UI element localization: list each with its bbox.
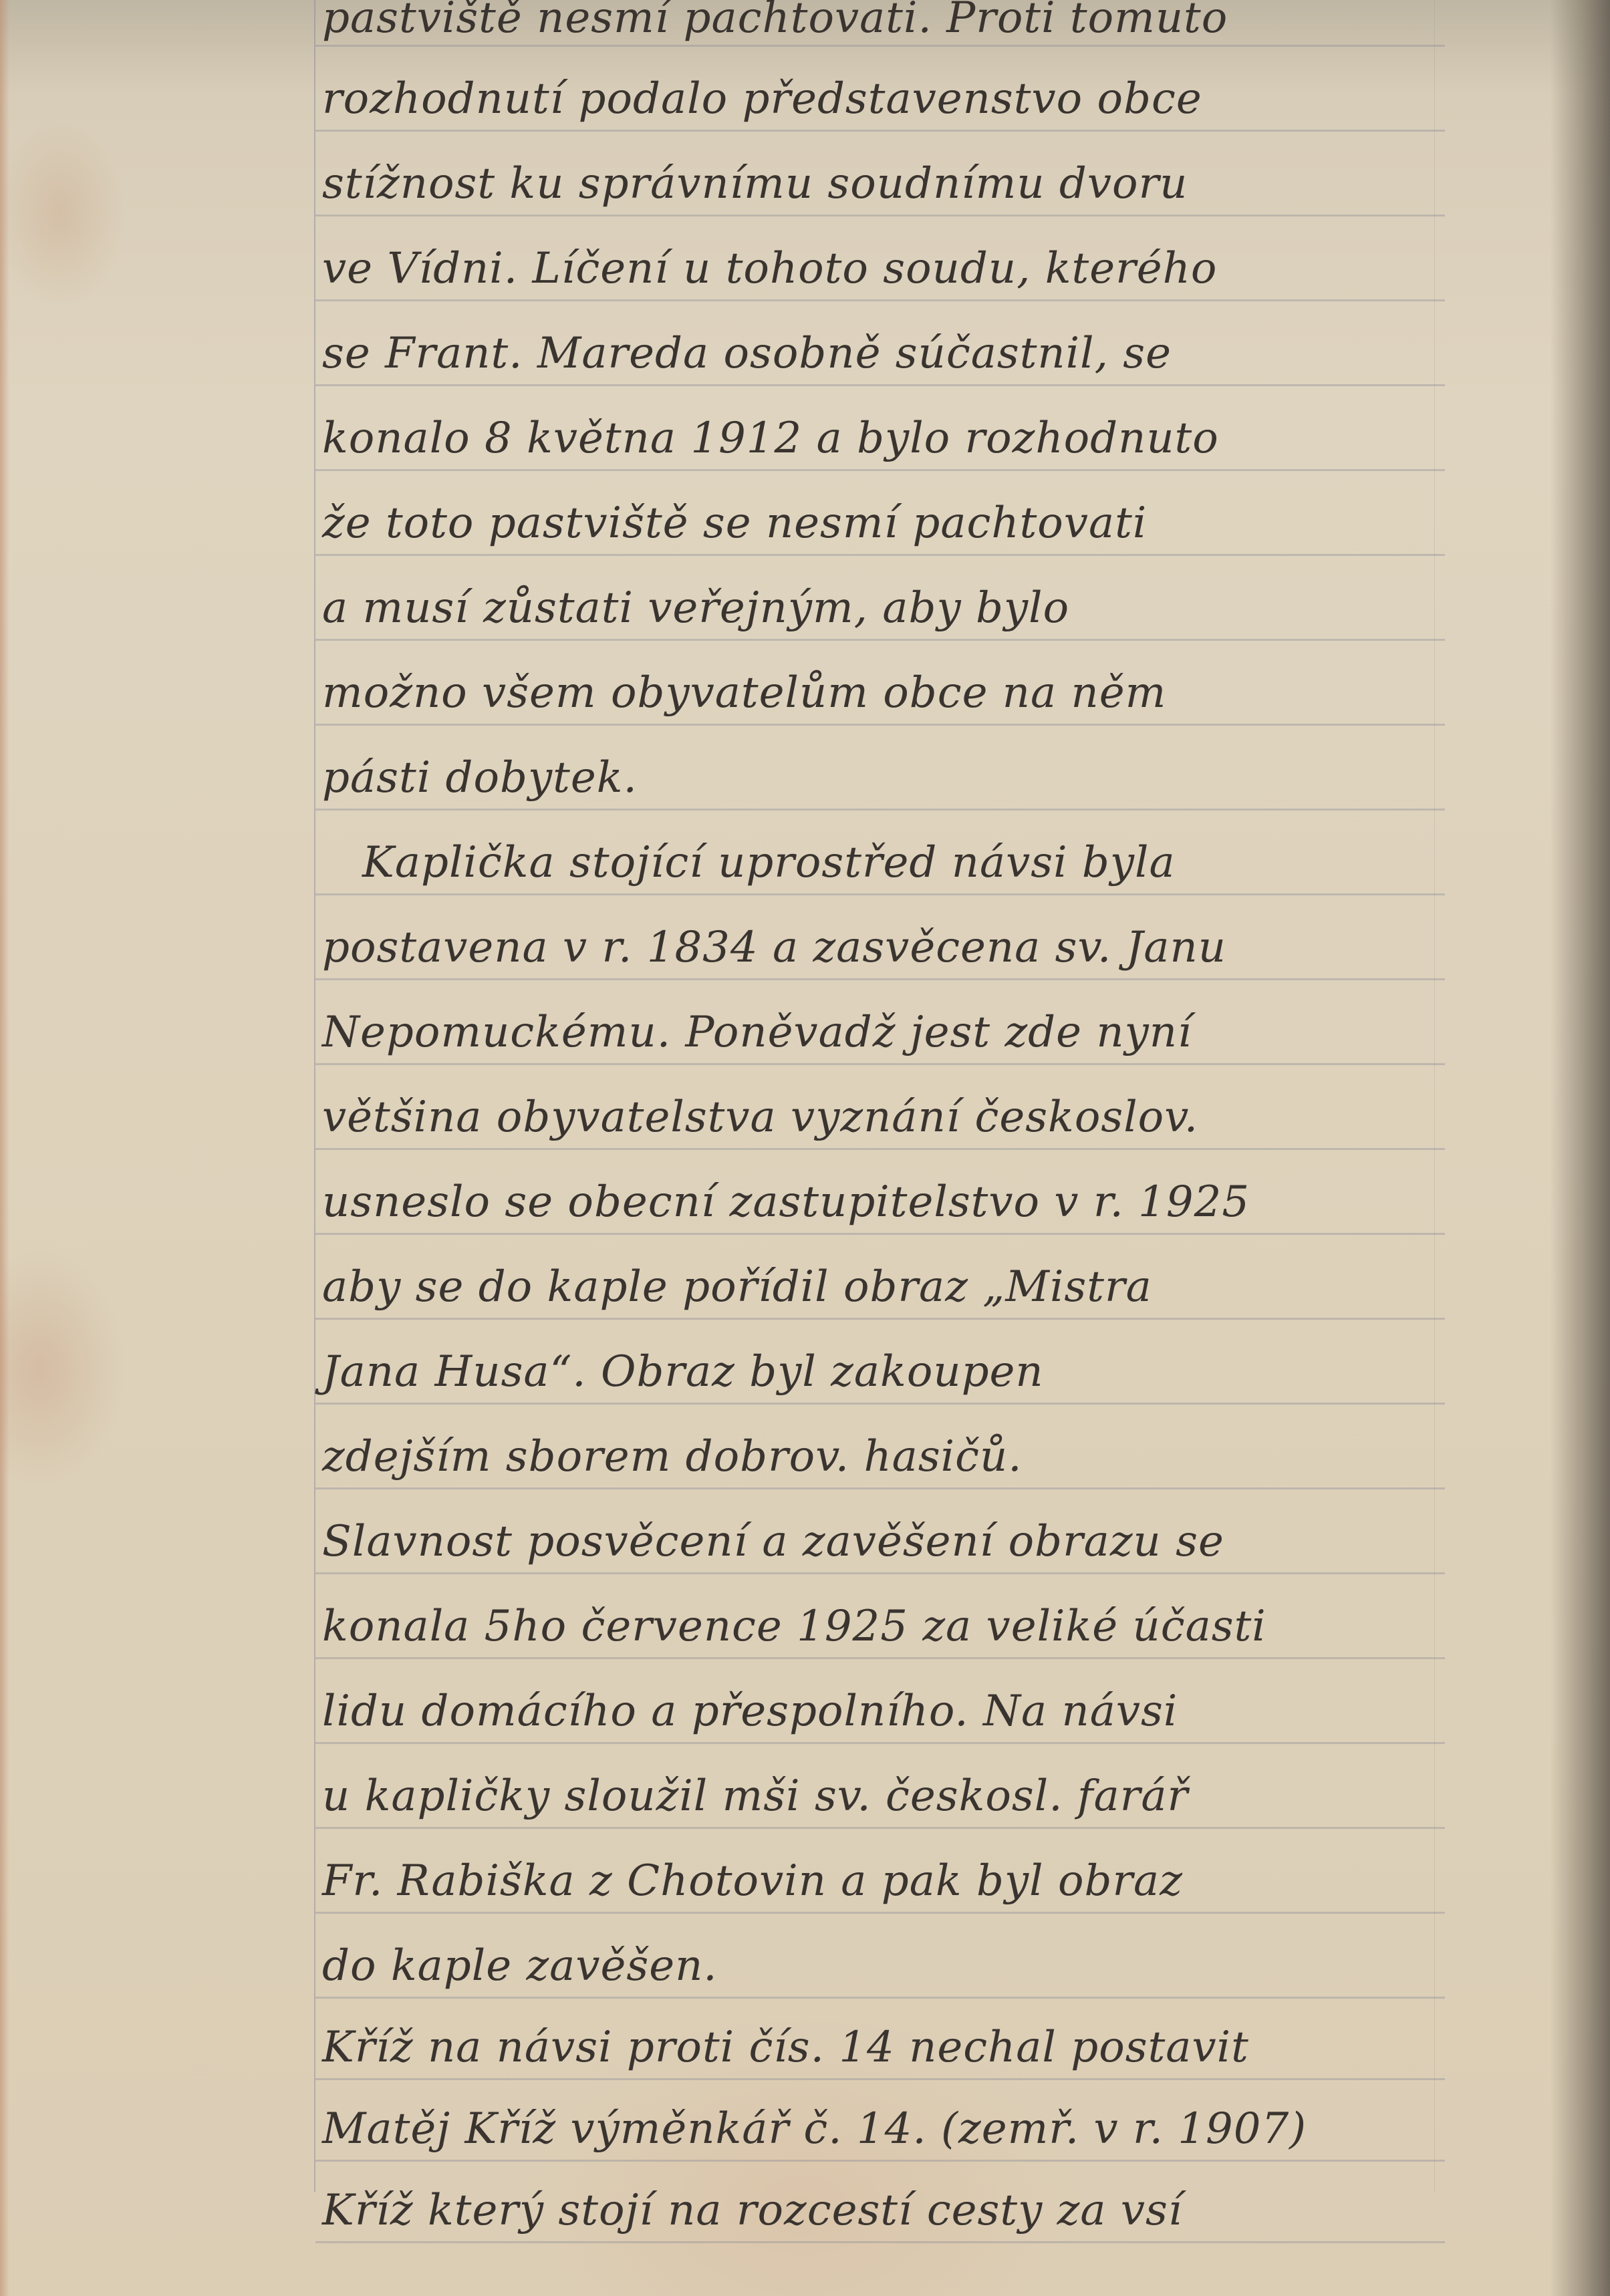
text-line: do kaple zavěšen.: [315, 1914, 1445, 1999]
text-line: konala 5ho července 1925 za veliké účast…: [315, 1574, 1445, 1659]
page-edge-stain: [0, 0, 9, 2296]
text-line: usneslo se obecní zastupitelstvo v r. 19…: [315, 1150, 1445, 1235]
text-line: většina obyvatelstva vyznání českoslov.: [315, 1065, 1445, 1150]
paragraph-start-line: Kaplička stojící uprostřed návsi byla: [315, 811, 1445, 895]
text-line: zdejším sborem dobrov. hasičů.: [315, 1405, 1445, 1489]
text-line: rozhodnutí podalo představenstvo obce: [315, 47, 1445, 132]
text-line: že toto pastviště se nesmí pachtovati: [315, 471, 1445, 556]
text-line: Jana Husa“. Obraz byl zakoupen: [315, 1320, 1445, 1405]
text-line: Nepomuckému. Poněvadž jest zde nyní: [315, 980, 1445, 1065]
text-line: pásti dobytek.: [315, 726, 1445, 811]
text-line: možno všem obyvatelům obce na něm: [315, 641, 1445, 726]
text-line: u kapličky sloužil mši sv. českosl. fará…: [315, 1744, 1445, 1829]
text-line: stížnost ku správnímu soudnímu dvoru: [315, 132, 1445, 217]
text-line: aby se do kaple pořídil obraz „Mistra: [315, 1235, 1445, 1320]
text-line: ve Vídni. Líčení u tohoto soudu, kterého: [315, 217, 1445, 301]
text-line: konalo 8 května 1912 a bylo rozhodnuto: [315, 386, 1445, 471]
text-line: Fr. Rabiška z Chotovin a pak byl obraz: [315, 1829, 1445, 1914]
text-line: postavena v r. 1834 a zasvěcena sv. Janu: [315, 895, 1445, 980]
text-line: se Frant. Mareda osobně súčastnil, se: [315, 301, 1445, 386]
text-line: lidu domácího a přespolního. Na návsi: [315, 1659, 1445, 1744]
handwritten-text-block: pastviště nesmí pachtovati. Proti tomuto…: [315, 0, 1445, 2243]
paragraph-start-line: Kříž na návsi proti čís. 14 nechal posta…: [315, 1999, 1445, 2080]
paragraph-start-line: Slavnost posvěcení a zavěšení obrazu se: [315, 1489, 1445, 1574]
text-line: Matěj Kříž výměnkář č. 14. (zemř. v r. 1…: [315, 2080, 1445, 2162]
paragraph-start-line: Kříž který stojí na rozcestí cesty za vs…: [315, 2162, 1445, 2243]
chronicle-page: pastviště nesmí pachtovati. Proti tomuto…: [0, 0, 1610, 2296]
book-gutter-shadow: [1550, 0, 1610, 2296]
text-line: pastviště nesmí pachtovati. Proti tomuto: [315, 0, 1445, 47]
text-line: a musí zůstati veřejným, aby bylo: [315, 556, 1445, 641]
